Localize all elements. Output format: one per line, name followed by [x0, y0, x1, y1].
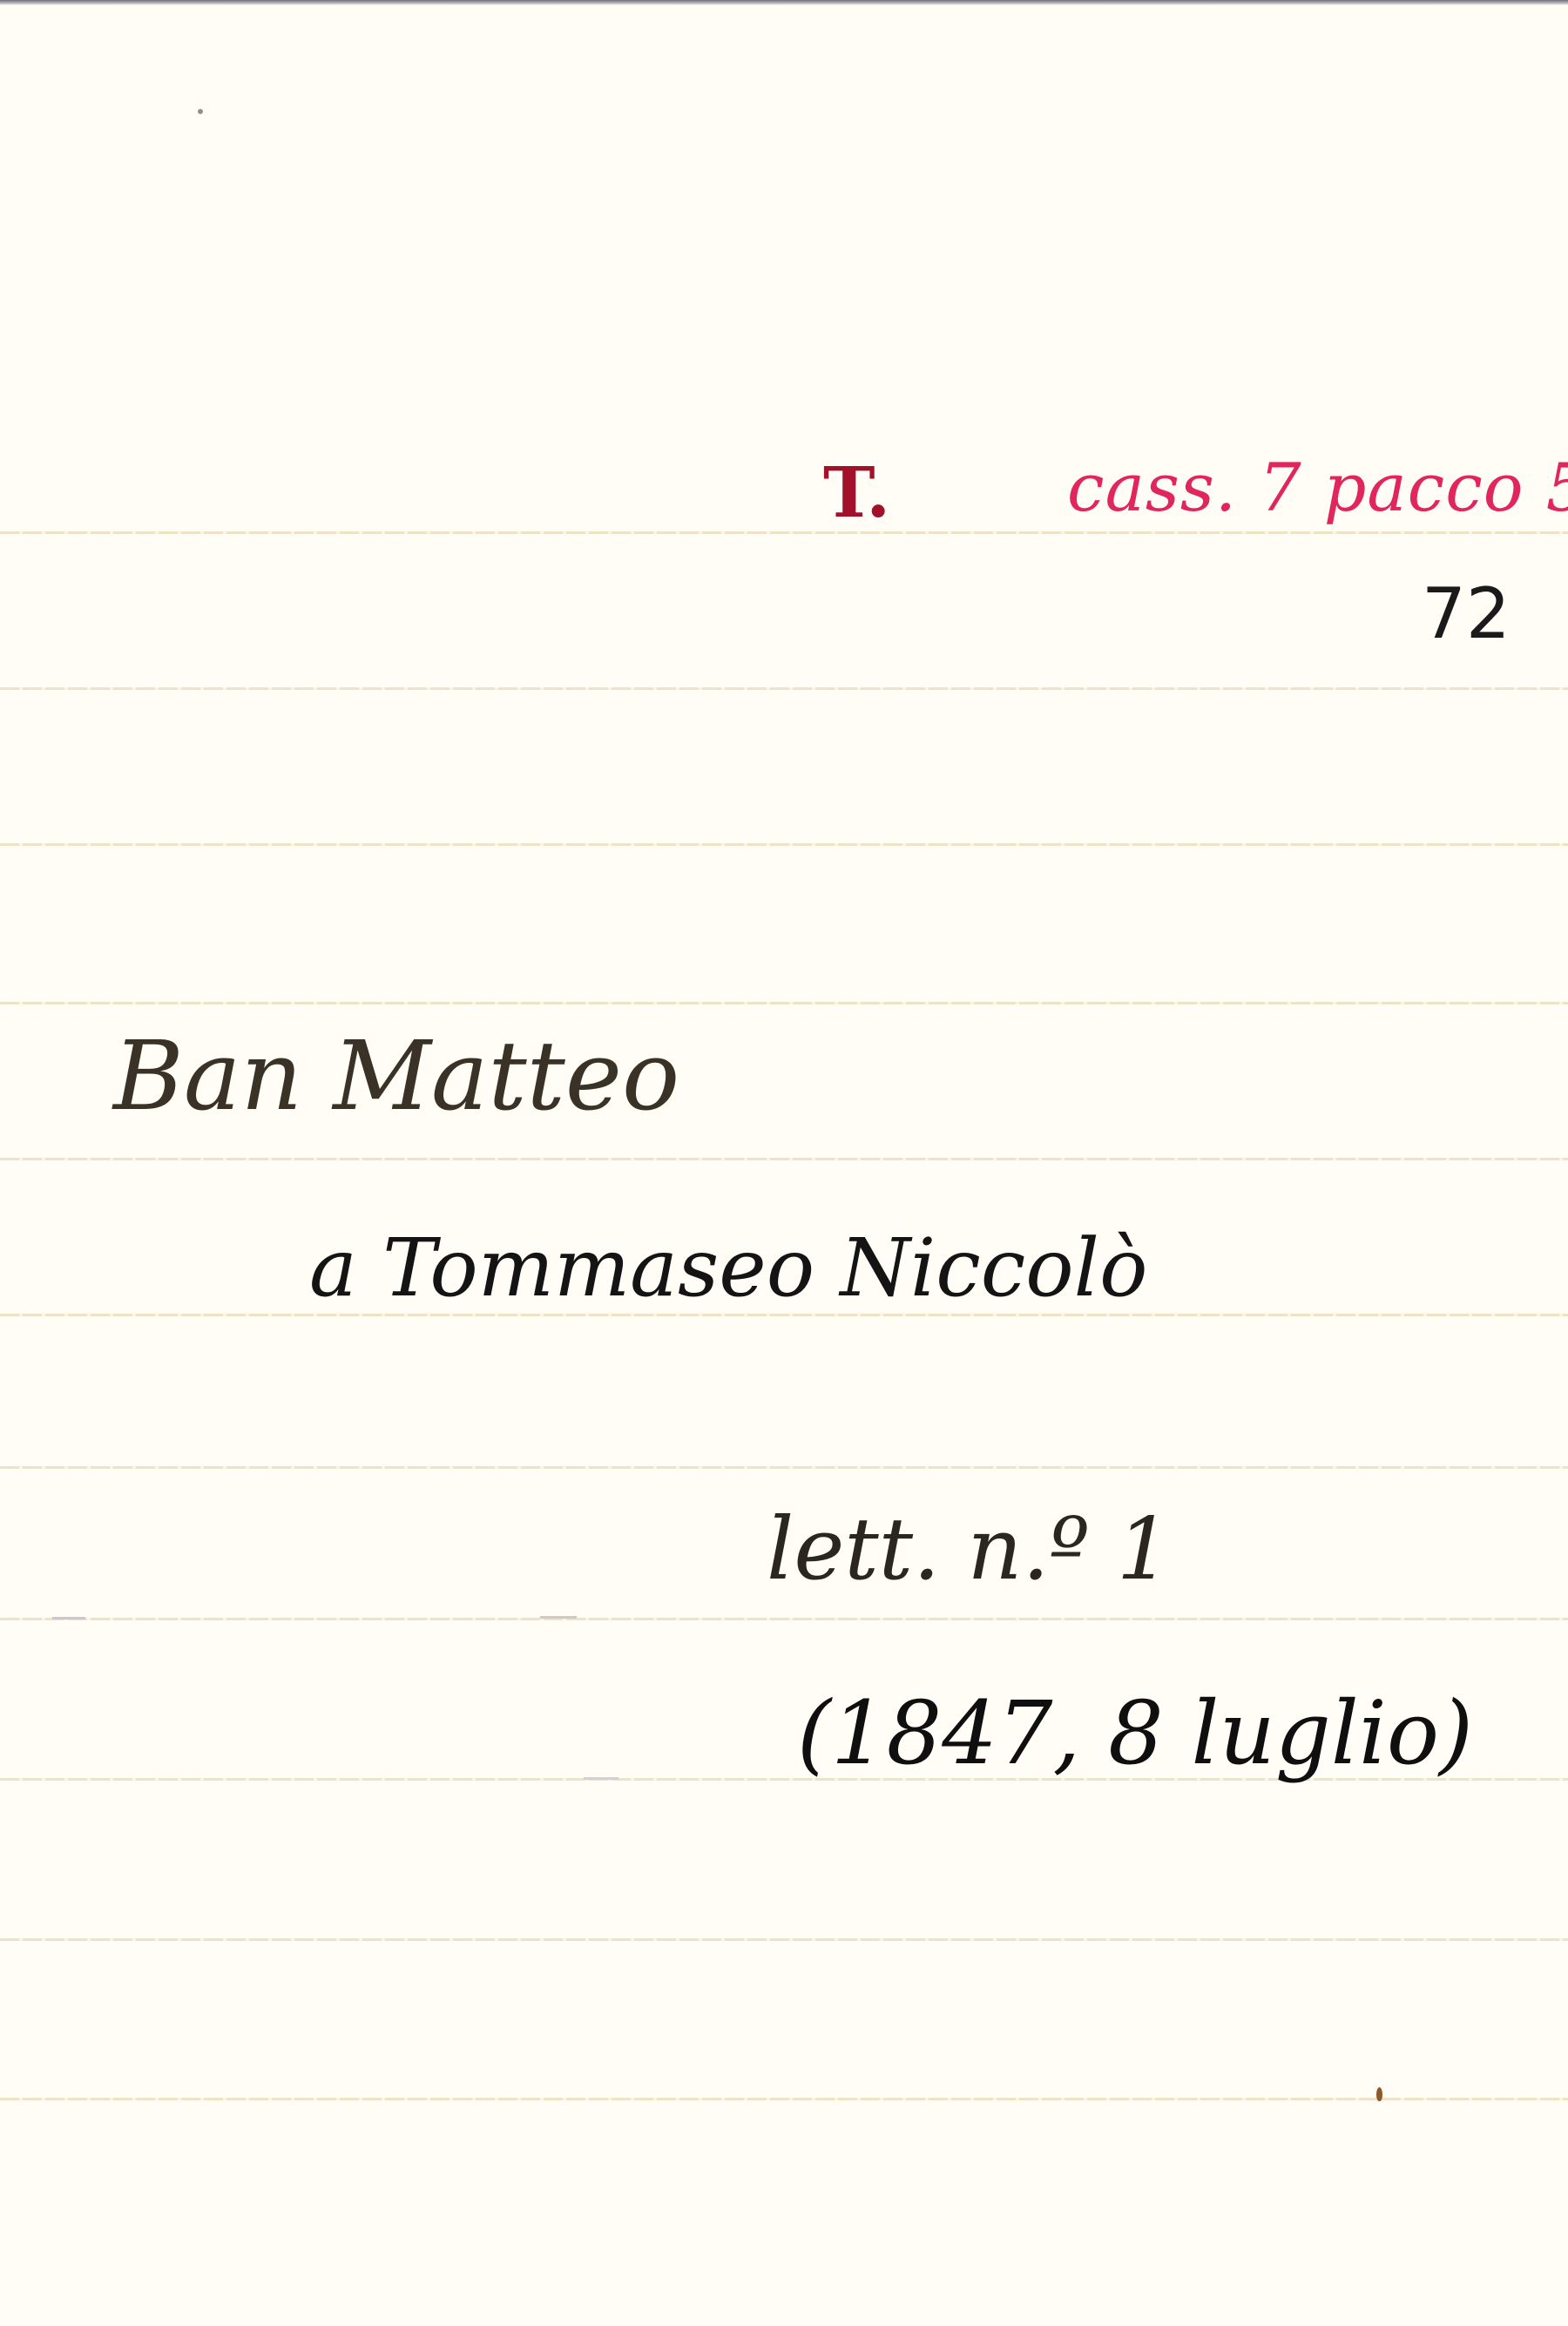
- rule-line: [0, 1002, 1568, 1004]
- archive-location: cass. 7 pacco 52: [1067, 455, 1568, 521]
- recipient-name: a Tommaseo Niccolò: [309, 1228, 1148, 1308]
- rule-line: [0, 1938, 1568, 1941]
- rule-line: [0, 1618, 1568, 1620]
- rule-line: [0, 2098, 1568, 2100]
- paper-speck: [198, 109, 203, 114]
- letter-date: (1847, 8 luglio): [797, 1690, 1473, 1777]
- pencil-dash: [52, 1617, 85, 1619]
- ink-drop: [1376, 2087, 1382, 2101]
- index-card: T. cass. 7 pacco 52 72 Ban Matteo a Tomm…: [0, 0, 1568, 2326]
- pencil-dash: [540, 1616, 577, 1619]
- scan-top-edge: [0, 0, 1568, 5]
- rule-line: [0, 843, 1568, 846]
- rule-line: [0, 1158, 1568, 1160]
- letter-number: lett. n.º 1: [767, 1507, 1171, 1592]
- pencil-dash: [584, 1777, 618, 1780]
- rule-line: [0, 1466, 1568, 1469]
- rule-line: [0, 687, 1568, 690]
- rule-line: [0, 531, 1568, 534]
- author-name: Ban Matteo: [113, 1028, 679, 1124]
- series-mark: T.: [823, 457, 890, 527]
- folder-number: 72: [1422, 579, 1511, 649]
